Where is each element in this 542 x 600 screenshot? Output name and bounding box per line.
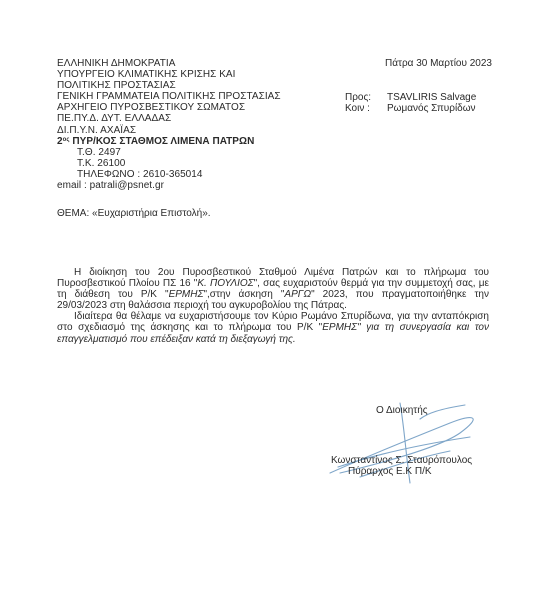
signer-rank: Πύραρχος Ε.Κ Π/Κ bbox=[331, 466, 472, 477]
letterhead: ΕΛΛΗΝΙΚΗ ΔΗΜΟΚΡΑΤΙΑ ΥΠΟΥΡΓΕΙΟ ΚΛΙΜΑΤΙΚΗΣ… bbox=[57, 58, 281, 191]
paragraph-2: Ιδιαίτερα θα θέλαμε να ευχαριστήσουμε το… bbox=[57, 311, 489, 344]
signer-block: Κωνσταντίνος Σ. Σταυρόπουλος Πύραρχος Ε.… bbox=[331, 455, 472, 477]
letter-body: Η διοίκηση του 2ου Πυροσβεστικού Σταθμού… bbox=[57, 267, 489, 345]
letterhead-line: ΕΛΛΗΝΙΚΗ ΔΗΜΟΚΡΑΤΙΑ bbox=[57, 58, 281, 69]
letter-date: Πάτρα 30 Μαρτίου 2023 bbox=[385, 58, 492, 69]
to-value: TSAVLIRIS Salvage bbox=[387, 92, 476, 103]
cc-label: Κοιν : bbox=[345, 103, 387, 114]
recipient-cc: Κοιν : Ρωμανός Σπυρίδων bbox=[345, 103, 476, 114]
signoff: Ο Διοικητής bbox=[376, 405, 428, 416]
letterhead-line: ΑΡΧΗΓΕΙΟ ΠΥΡΟΣΒΕΣΤΙΚΟΥ ΣΩΜΑΤΟΣ bbox=[57, 102, 281, 113]
letterhead-line: ΓΕΝΙΚΗ ΓΡΑΜΜΑΤΕΙΑ ΠΟΛΙΤΙΚΗΣ ΠΡΟΣΤΑΣΙΑΣ bbox=[57, 91, 281, 102]
postal-code: Τ.Κ. 26100 bbox=[57, 158, 281, 169]
cc-value: Ρωμανός Σπυρίδων bbox=[387, 103, 476, 114]
letterhead-line: ΔΙ.Π.Υ.Ν. ΑΧΑΪΑΣ bbox=[57, 125, 281, 136]
recipient-to: Προς: TSAVLIRIS Salvage bbox=[345, 92, 476, 103]
letterhead-line: ΠΕ.ΠΥ.Δ. ΔΥΤ. ΕΛΛΑΔΑΣ bbox=[57, 113, 281, 124]
subject-line: ΘΕΜΑ: «Ευχαριστήρια Επιστολή». bbox=[57, 208, 211, 219]
letterhead-line: ΥΠΟΥΡΓΕΙΟ ΚΛΙΜΑΤΙΚΗΣ ΚΡΙΣΗΣ ΚΑΙ bbox=[57, 69, 281, 80]
station-ordinal: ος bbox=[63, 137, 70, 143]
email: email : patrali@psnet.gr bbox=[57, 180, 281, 191]
po-box: Τ.Θ. 2497 bbox=[57, 147, 281, 158]
letterhead-line: ΠΟΛΙΤΙΚΗΣ ΠΡΟΣΤΑΣΙΑΣ bbox=[57, 80, 281, 91]
to-label: Προς: bbox=[345, 92, 387, 103]
recipients: Προς: TSAVLIRIS Salvage Κοιν : Ρωμανός Σ… bbox=[345, 92, 476, 114]
station-name: 2ος ΠΥΡ/ΚΟΣ ΣΤΑΘΜΟΣ ΛΙΜΕΝΑ ΠΑΤΡΩΝ bbox=[57, 136, 281, 147]
signer-name: Κωνσταντίνος Σ. Σταυρόπουλος bbox=[331, 455, 472, 466]
phone: ΤΗΛΕΦΩΝΟ : 2610-365014 bbox=[57, 169, 281, 180]
paragraph-1: Η διοίκηση του 2ου Πυροσβεστικού Σταθμού… bbox=[57, 267, 489, 311]
